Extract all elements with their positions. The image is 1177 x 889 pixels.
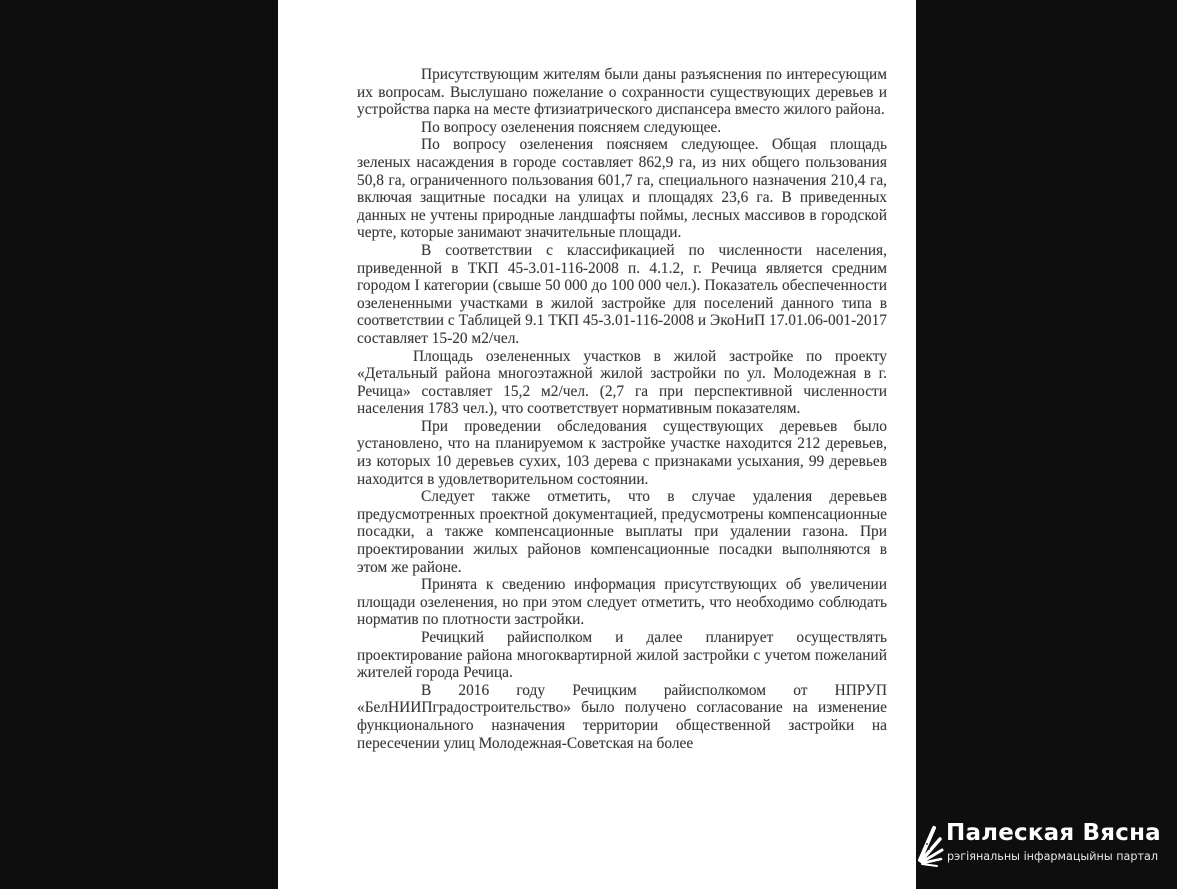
hand-rays-icon — [912, 822, 946, 868]
logo-subtitle: рэгіянальны інфармацыйны партал — [947, 850, 1158, 863]
site-logo[interactable]: Палеская Вясна рэгіянальны інфармацыйны … — [912, 822, 1172, 870]
paragraph-compensation: Следует также отметить, что в случае уда… — [357, 488, 887, 576]
paragraph-project-green-area: Площадь озелененных участков в жилой зас… — [357, 348, 887, 418]
paragraph-classification: В соответствии с классификацией по числе… — [357, 242, 887, 348]
scanned-document-page: Присутствующим жителям были даны разъясн… — [278, 0, 916, 889]
document-body: Присутствующим жителям были даны разъясн… — [357, 66, 887, 752]
paragraph-density-norm: Принята к сведению информация присутству… — [357, 576, 887, 629]
paragraph-2016-approval: В 2016 году Речицким райисполкомом от НП… — [357, 682, 887, 752]
paragraph-green-areas: По вопросу озеленения поясняем следующее… — [357, 136, 887, 242]
logo-title: Палеская Вясна — [946, 820, 1161, 846]
paragraph-residents-explanation: Присутствующим жителям были даны разъясн… — [357, 66, 887, 119]
paragraph-tree-survey: При проведении обследования существующих… — [357, 418, 887, 488]
paragraph-greening-intro: По вопросу озеленения поясняем следующее… — [357, 119, 887, 137]
paragraph-future-planning: Речицкий райисполком и далее планирует о… — [357, 629, 887, 682]
